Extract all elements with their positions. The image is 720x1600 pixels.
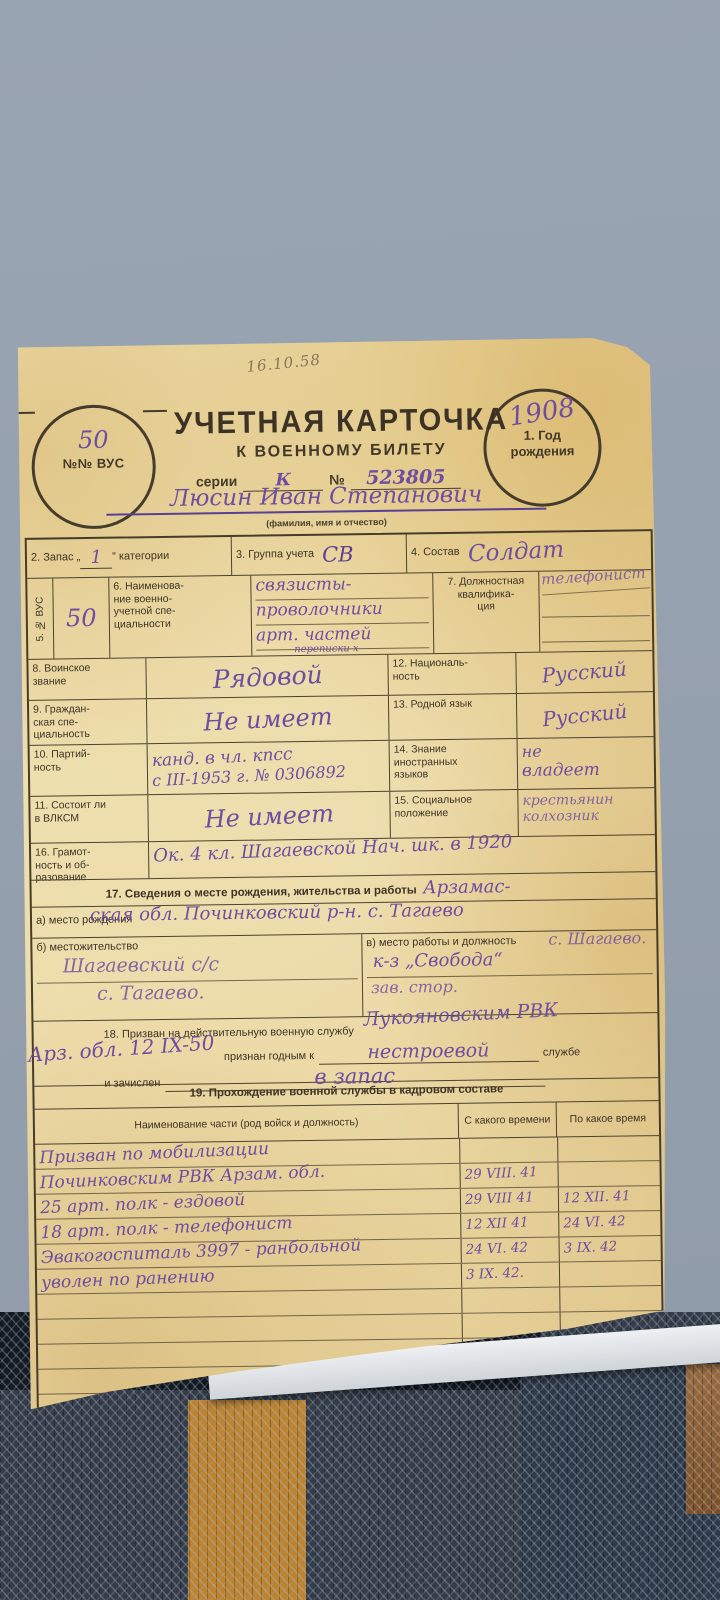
field-grazh-label: 9. Граждан- ская спе- циальность [29, 699, 148, 745]
part-value-cell: канд. в чл. кпсс с III-1953 г. № 0306892 [148, 741, 391, 794]
field-yazyk-label: 13. Родной язык [389, 694, 518, 740]
inyaz-value-cell: не владеет [518, 737, 655, 789]
field-vus-number: 5. № ВУС [27, 578, 54, 658]
pencil-date-note: 16.10.58 [246, 351, 322, 376]
grazh-value-cell: Не имеет [147, 696, 390, 743]
vlksm-value: Не имеет [204, 799, 334, 833]
vlksm-value-cell: Не имеет [148, 792, 391, 841]
circle-rule-left [11, 412, 35, 414]
residence-cell: б) местожительство Шагаевский с/с с. Таг… [32, 934, 363, 1021]
card-title: УЧЕТНАЯ КАРТОЧКА [143, 401, 538, 443]
field-part-label: 10. Партий- ность [30, 744, 149, 796]
yazyk-value-cell: Русский [517, 692, 654, 738]
gruppa-value: СВ [322, 542, 354, 566]
col-header-from: С какого времени [459, 1102, 557, 1137]
vus-value: 50 [66, 604, 97, 632]
zvanie-value-cell: Рядовой [146, 655, 389, 698]
section17-title-hand: Арзамас- [423, 876, 511, 898]
full-name: Люсин Иван Степанович [106, 481, 546, 516]
sostav-value: Солдат [467, 537, 564, 568]
zapas-value: 1 [80, 547, 112, 569]
field-spec-label: 6. Наименова- ние военно- учетной спе- ц… [109, 576, 252, 658]
nac-value: Русский [541, 657, 628, 688]
yazyk-value: Русский [542, 699, 629, 731]
field-nac-label: 12. Националь- ность [388, 653, 517, 695]
row-18: Арз. обл. 12 IX-50 Лукояновским РВК 18. … [33, 1013, 658, 1087]
registration-card: 16.10.58 50 №№ ВУС 1908 1. Год рождения … [14, 337, 671, 1418]
full-name-caption: (фамилия, имя и отчество) [106, 515, 546, 531]
field-dolzh-label: 7. Должностная квалифика- ция [433, 572, 540, 653]
field-inyaz-label: 14. Знание иностранных языков [390, 739, 519, 791]
gram-value-cell: Ок. 4 кл. Шагаевской Нач. шк. в 1920 [149, 835, 655, 878]
nac-value-cell: Русский [516, 651, 653, 693]
spec-value-cell: связисты- проволочники арт. частей переп… [251, 573, 434, 656]
grazh-value: Не имеет [202, 702, 332, 736]
zvanie-value: Рядовой [211, 659, 322, 693]
row-10-14: 10. Партий- ность канд. в чл. кпсс с III… [30, 737, 655, 797]
field-vlksm-label: 11. Состоит ли в ВЛКСМ [30, 795, 149, 843]
field-gram-label: 16. Грамот- ность и об- разование [31, 842, 149, 880]
dolzh-value-cell: телефонист [539, 570, 652, 652]
birth-place-hand: ская обл. Починковский р-н. с. Тагаево [90, 900, 464, 926]
field-zapas: 2. Запас „ 1 “ категории [27, 537, 233, 578]
vus-value-cell: 50 [53, 578, 110, 659]
section18-line2-hand: нестроевой [367, 1039, 489, 1063]
col-header-to: По какое время [557, 1101, 659, 1136]
field-gruppa-ucheta: 3. Группа учета СВ [232, 535, 408, 575]
field-soc-label: 15. Социальное положение [390, 790, 519, 838]
field-zvanie-label: 8. Воинское звание [28, 658, 147, 700]
photo-of-military-registration-card: 16.10.58 50 №№ ВУС 1908 1. Год рождения … [0, 0, 720, 1600]
row-5-6-7: 5. № ВУС 50 6. Наименова- ние военно- уч… [27, 570, 652, 660]
row-17b-17v: б) местожительство Шагаевский с/с с. Таг… [32, 930, 657, 1022]
